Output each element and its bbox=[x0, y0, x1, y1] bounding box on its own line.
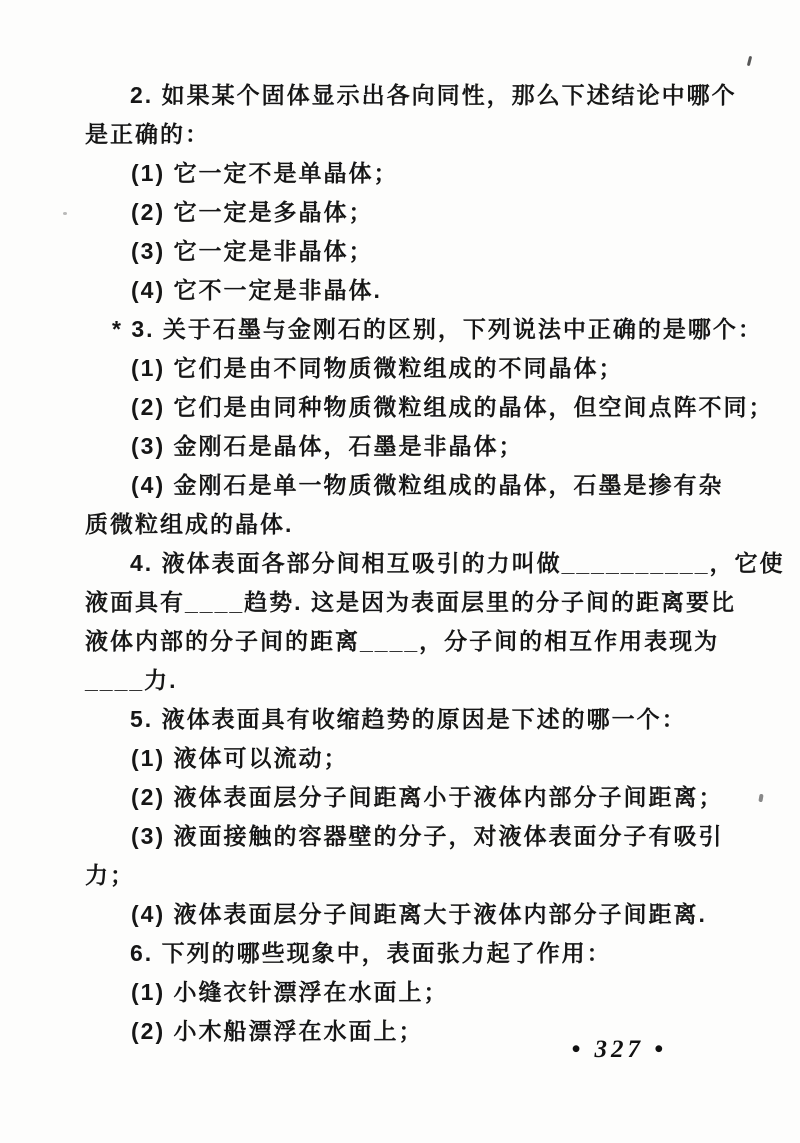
question-6-option-1: (1) 小缝衣针漂浮在水面上； bbox=[85, 973, 725, 1012]
question-3-option-2: (2) 它们是由同种物质微粒组成的晶体，但空间点阵不同； bbox=[85, 388, 725, 427]
scan-speck-icon bbox=[747, 56, 752, 66]
question-3-option-1: (1) 它们是由不同物质微粒组成的不同晶体； bbox=[85, 349, 725, 388]
question-5-stem: 5. 液体表面具有收缩趋势的原因是下述的哪一个： bbox=[85, 700, 725, 739]
question-4-line-3: 液体内部的分子间的距离____，分子间的相互作用表现为 bbox=[85, 622, 725, 661]
question-5-option-3-line-1: (3) 液面接触的容器壁的分子，对液体表面分子有吸引 bbox=[85, 817, 725, 856]
question-5-option-2: (2) 液体表面层分子间距离小于液体内部分子间距离； bbox=[85, 778, 725, 817]
question-3-stem: * 3. 关于石墨与金刚石的区别，下列说法中正确的是哪个： bbox=[85, 310, 725, 349]
questions-text-column: 2. 如果某个固体显示出各向同性，那么下述结论中哪个 是正确的： (1) 它一定… bbox=[85, 76, 725, 1051]
question-5-option-1: (1) 液体可以流动； bbox=[85, 739, 725, 778]
question-2-option-2: (2) 它一定是多晶体； bbox=[85, 193, 725, 232]
question-5-option-4: (4) 液体表面层分子间距离大于液体内部分子间距离. bbox=[85, 895, 725, 934]
question-2-stem-line-1: 2. 如果某个固体显示出各向同性，那么下述结论中哪个 bbox=[85, 76, 725, 115]
scanned-textbook-page: 2. 如果某个固体显示出各向同性，那么下述结论中哪个 是正确的： (1) 它一定… bbox=[0, 0, 800, 1143]
question-3-option-3: (3) 金刚石是晶体，石墨是非晶体； bbox=[85, 427, 725, 466]
page-number: • 327 • bbox=[571, 1036, 667, 1064]
question-5-option-3-line-2: 力； bbox=[85, 856, 725, 895]
question-2-option-3: (3) 它一定是非晶体； bbox=[85, 232, 725, 271]
question-4-line-2: 液面具有____趋势. 这是因为表面层里的分子间的距离要比 bbox=[85, 583, 725, 622]
question-4-line-1: 4. 液体表面各部分间相互吸引的力叫做__________，它使 bbox=[85, 544, 725, 583]
question-2-stem-line-2: 是正确的： bbox=[85, 115, 725, 154]
question-3-option-4-line-1: (4) 金刚石是单一物质微粒组成的晶体，石墨是掺有杂 bbox=[85, 466, 725, 505]
scan-speck-icon bbox=[758, 794, 763, 803]
question-6-stem: 6. 下列的哪些现象中，表面张力起了作用： bbox=[85, 934, 725, 973]
question-2-option-1: (1) 它一定不是单晶体； bbox=[85, 154, 725, 193]
question-3-option-4-line-2: 质微粒组成的晶体. bbox=[85, 505, 725, 544]
scan-speck-icon bbox=[63, 212, 67, 215]
question-4-line-4: ____力. bbox=[85, 661, 725, 700]
question-2-option-4: (4) 它不一定是非晶体. bbox=[85, 271, 725, 310]
